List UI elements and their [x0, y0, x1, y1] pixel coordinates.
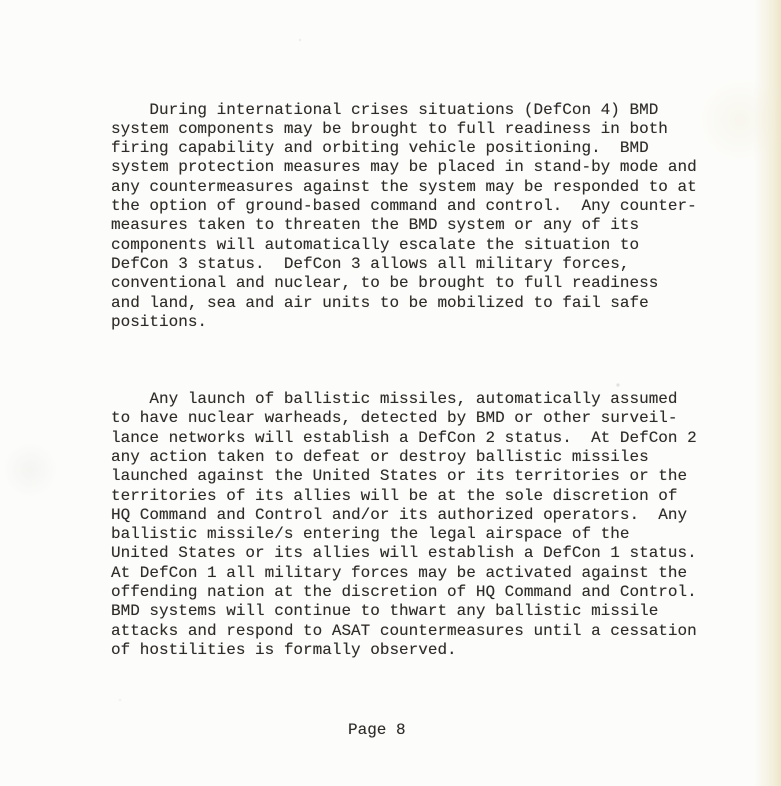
page-number: Page 8: [348, 721, 406, 740]
paragraph-defcon-4-and-3: During international crises situations (…: [111, 101, 711, 333]
paragraph-defcon-2-and-1: Any launch of ballistic missiles, automa…: [111, 390, 711, 660]
scanned-document-page: During international crises situations (…: [0, 0, 781, 786]
document-body: During international crises situations (…: [111, 62, 711, 718]
